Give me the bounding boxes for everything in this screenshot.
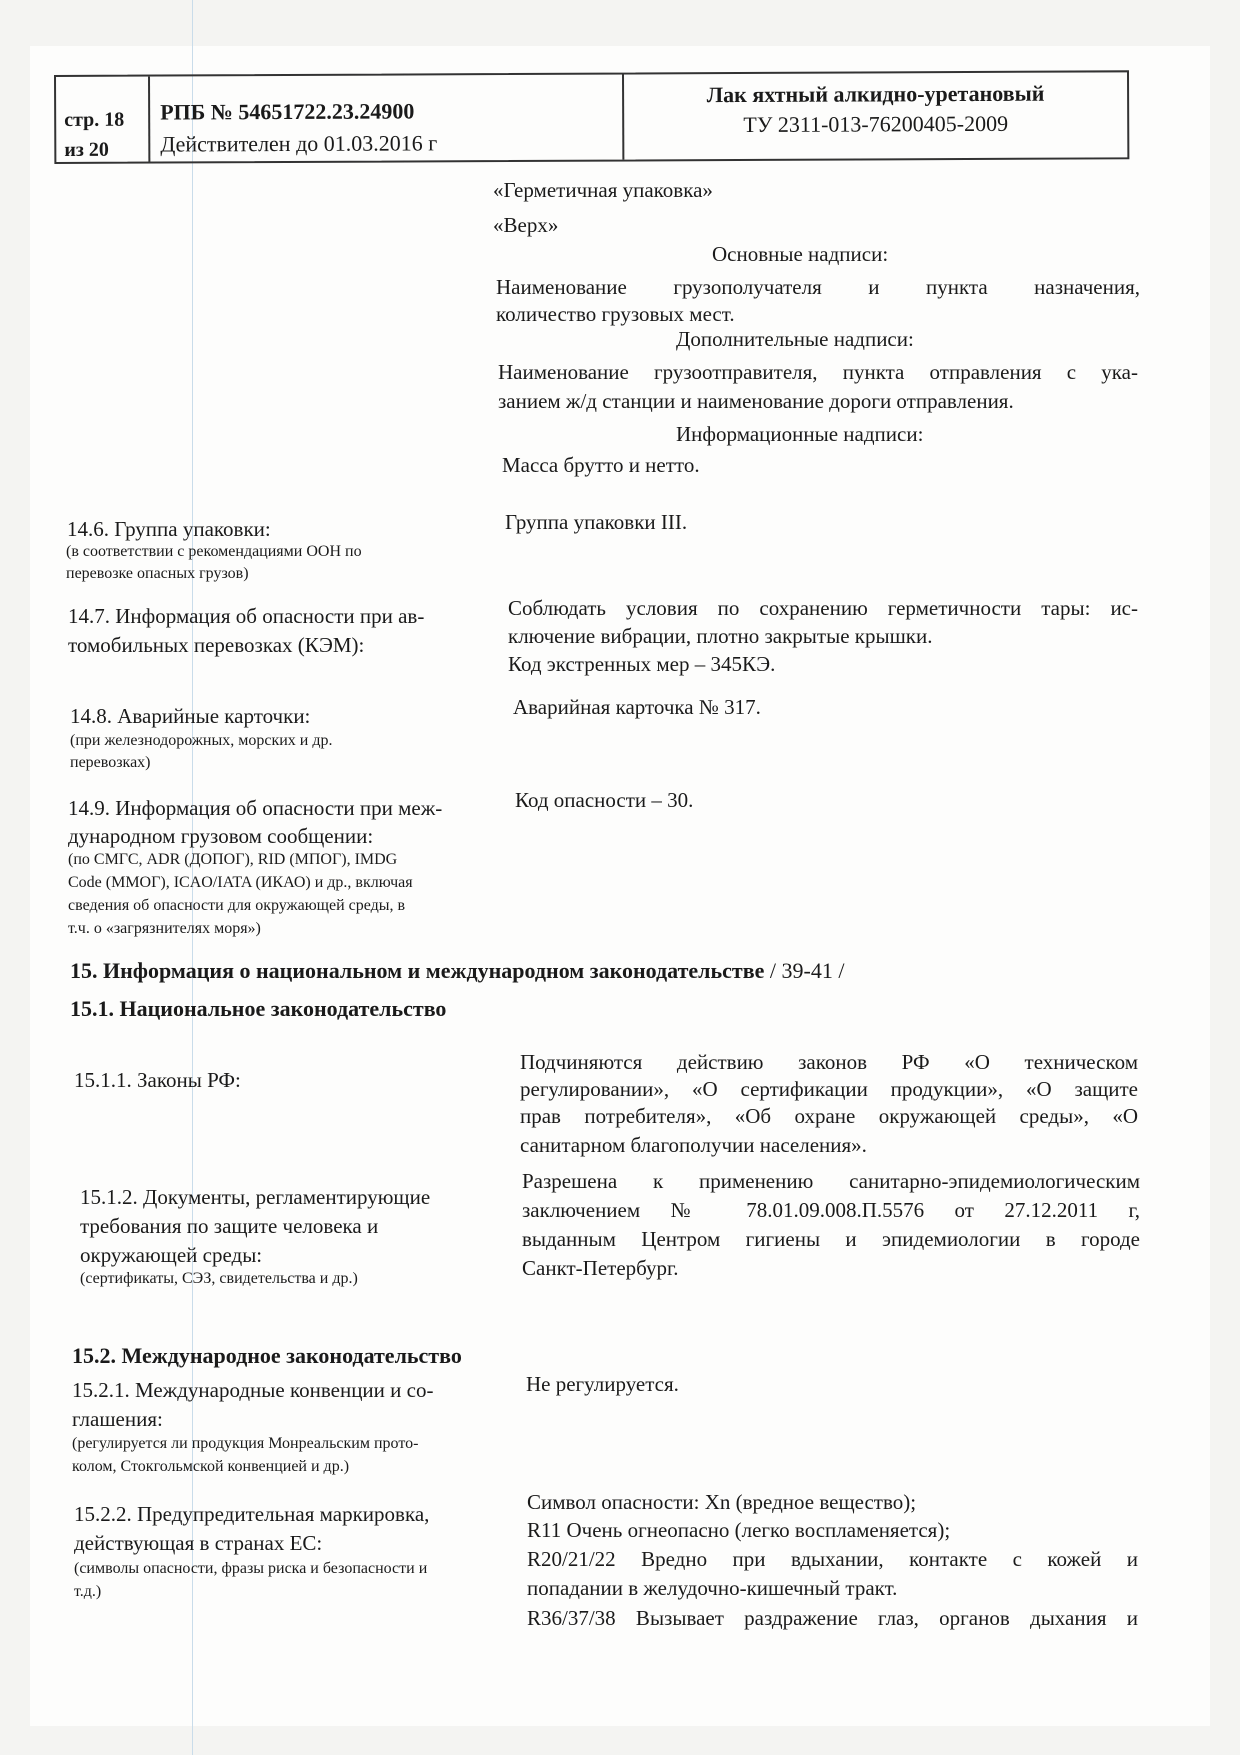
- extra-inscriptions-title: Дополнительные надписи:: [676, 325, 914, 353]
- extra-inscriptions-text-2: занием ж/д станции и наименование дороги…: [498, 387, 1014, 415]
- s15-1-1-label: 15.1.1. Законы РФ:: [74, 1066, 241, 1094]
- product-name: Лак яхтный алкидно-уретановый: [624, 78, 1127, 110]
- s14-7-label-1: 14.7. Информация об опасности при ав-: [68, 602, 424, 630]
- s14-8-note-1: (при железнодорожных, морских и др.: [70, 730, 332, 752]
- main-inscriptions-text-1: Наименование грузополучателя и пункта на…: [496, 273, 1140, 301]
- s15-1-1-value-3: прав потребителя», «Об охране окружающей…: [520, 1102, 1138, 1130]
- s15-2-1-note-2: колом, Стокгольмской конвенцией и др.): [72, 1456, 349, 1478]
- s15-2-1-value: Не регулируется.: [526, 1370, 679, 1398]
- s15-1-2-label-2: требования по защите человека и: [80, 1212, 378, 1240]
- s15-2-2-value-5: R36/37/38 Вызывает раздражение глаз, орг…: [527, 1604, 1138, 1632]
- s15-2-2-value-1: Символ опасности: Xn (вредное вещество);: [527, 1488, 916, 1516]
- main-inscriptions-title: Основные надписи:: [712, 240, 888, 268]
- s14-8-value: Аварийная карточка № 317.: [513, 693, 761, 721]
- info-inscriptions-title: Информационные надписи:: [676, 420, 923, 448]
- s14-9-note-3: сведения об опасности для окружающей сре…: [68, 895, 405, 917]
- s15-2-2-value-3: R20/21/22 Вредно при вдыхании, контакте …: [527, 1545, 1138, 1573]
- s15-2-1-note-1: (регулируется ли продукция Монреальским …: [72, 1433, 418, 1455]
- s15-1-1-value-1: Подчиняются действию законов РФ «О техни…: [520, 1048, 1138, 1076]
- s15-1-1-value-2: регулировании», «О сертификации продукци…: [520, 1075, 1138, 1103]
- section-15-ref: / 39-41 /: [764, 958, 844, 983]
- doc-number: РПБ № 54651722.23.24900: [160, 95, 622, 129]
- s15-1-2-value-3: выданным Центром гигиены и эпидемиологии…: [522, 1225, 1140, 1253]
- s14-9-note-1: (по СМГС, ADR (ДОПОГ), RID (МПОГ), IMDG: [68, 849, 397, 871]
- s14-9-note-4: т.ч. о «загрязнителях моря»): [68, 918, 261, 940]
- s14-7-value-1: Соблюдать условия по сохранению герметич…: [508, 594, 1138, 622]
- s15-2-1-label-1: 15.2.1. Международные конвенции и со-: [72, 1376, 433, 1404]
- main-inscriptions-text-2: количество грузовых мест.: [496, 300, 735, 328]
- s15-2-2-note-1: (символы опасности, фразы риска и безопа…: [74, 1558, 427, 1580]
- valid-until: Действителен до 01.03.2016 г: [160, 127, 622, 161]
- s15-2-2-label-1: 15.2.2. Предупредительная маркировка,: [74, 1500, 429, 1528]
- s15-1-2-value-2: заключением № 78.01.09.008.П.5576 от 27.…: [522, 1196, 1140, 1224]
- s14-6-note-1: (в соответствии с рекомендациями ООН по: [66, 541, 362, 563]
- s14-8-label: 14.8. Аварийные карточки:: [70, 702, 310, 730]
- s14-9-note-2: Code (ММОГ), ICAO/IATA (ИКАО) и др., вкл…: [68, 872, 413, 894]
- s14-6-value: Группа упаковки III.: [505, 508, 687, 536]
- s15-1-2-value-4: Санкт-Петербург.: [522, 1254, 679, 1282]
- page-number-cell: стр. 18 из 20: [56, 77, 150, 162]
- s14-7-label-2: томобильных перевозках (КЭМ):: [68, 631, 364, 659]
- s14-7-value-2: ключение вибрации, плотно закрытые крышк…: [508, 622, 932, 650]
- s14-7-value-3: Код экстренных мер – 345КЭ.: [508, 650, 775, 678]
- tech-spec: ТУ 2311-013-76200405-2009: [624, 108, 1127, 140]
- s14-8-note-2: перевозках): [70, 752, 151, 774]
- s14-9-label-2: дународном грузовом сообщении:: [68, 822, 373, 850]
- section-15-1-heading: 15.1. Национальное законодательство: [70, 995, 446, 1023]
- s15-1-1-value-4: санитарном благополучии населения».: [520, 1131, 867, 1159]
- page-label: стр. 18: [64, 105, 148, 135]
- s15-2-2-label-2: действующая в странах ЕС:: [74, 1529, 322, 1557]
- section-15-heading: 15. Информация о национальном и междунар…: [70, 957, 844, 985]
- info-inscriptions-text: Масса брутто и нетто.: [502, 451, 700, 479]
- marking-line-1: «Герметичная упаковка»: [493, 176, 713, 204]
- s14-6-label: 14.6. Группа упаковки:: [67, 515, 271, 543]
- s15-2-1-label-2: глашения:: [72, 1405, 163, 1433]
- extra-inscriptions-text-1: Наименование грузоотправителя, пункта от…: [498, 358, 1138, 386]
- doc-number-cell: РПБ № 54651722.23.24900 Действителен до …: [150, 75, 624, 162]
- s15-2-2-value-2: R11 Очень огнеопасно (легко воспламеняет…: [527, 1516, 950, 1544]
- section-15-title: 15. Информация о национальном и междунар…: [70, 958, 764, 983]
- s14-9-value: Код опасности – 30.: [515, 786, 693, 814]
- s15-2-2-note-2: т.д.): [74, 1581, 101, 1603]
- marking-line-2: «Верх»: [493, 211, 558, 239]
- product-cell: Лак яхтный алкидно-уретановый ТУ 2311-01…: [624, 72, 1127, 159]
- page-header-table: стр. 18 из 20 РПБ № 54651722.23.24900 Де…: [54, 70, 1129, 164]
- section-15-2-heading: 15.2. Международное законодательство: [72, 1342, 462, 1370]
- s14-6-note-2: перевозке опасных грузов): [66, 563, 249, 585]
- s14-9-label-1: 14.9. Информация об опасности при меж-: [68, 794, 442, 822]
- s15-1-2-label-1: 15.1.2. Документы, регламентирующие: [80, 1183, 430, 1211]
- s15-1-2-note: (сертификаты, СЭЗ, свидетельства и др.): [80, 1268, 358, 1290]
- s15-2-2-value-4: попадании в желудочно-кишечный тракт.: [527, 1574, 897, 1602]
- s15-1-2-value-1: Разрешена к применению санитарно-эпидеми…: [522, 1167, 1140, 1195]
- s15-1-2-label-3: окружающей среды:: [80, 1241, 262, 1269]
- page-of: из 20: [64, 135, 148, 165]
